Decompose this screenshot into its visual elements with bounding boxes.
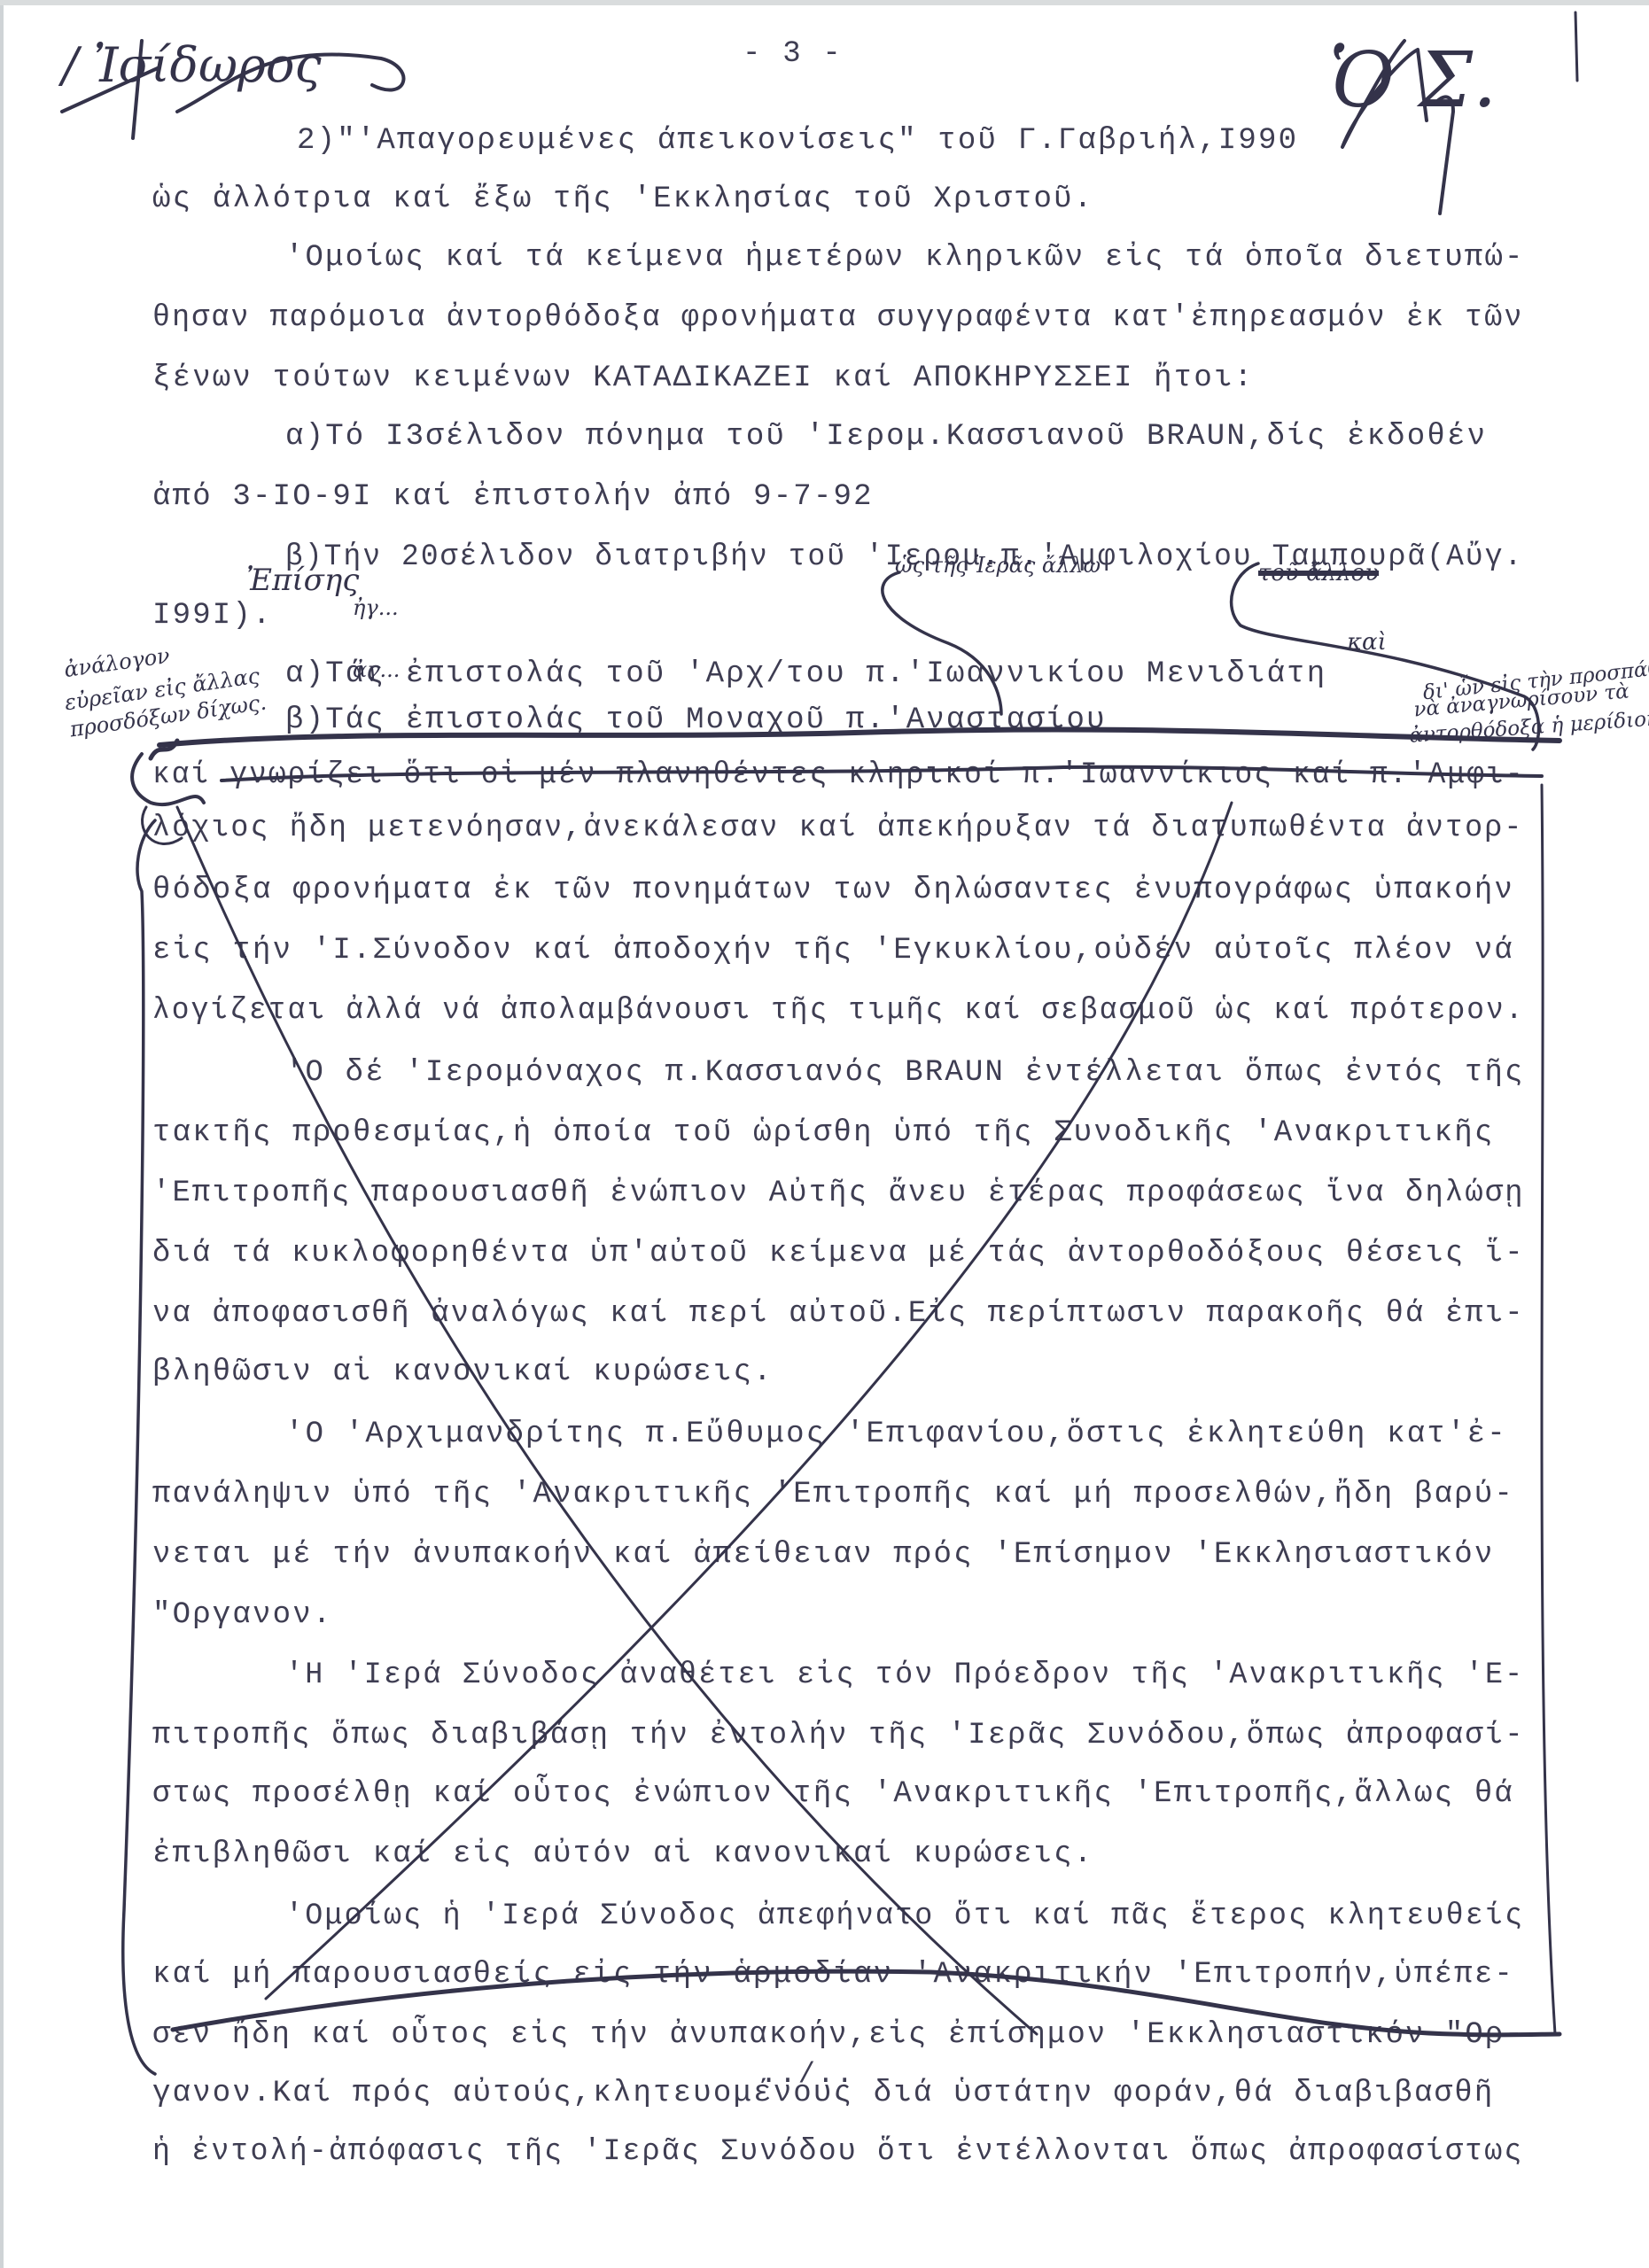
frame-right xyxy=(1542,785,1555,2034)
insertion-loop-1 xyxy=(883,572,1001,714)
text-line: ἐπιβληθῶσι καί εἰς αὐτόν αἱ κανονικαί κυ… xyxy=(152,1839,1093,1869)
handwritten-insert-above-b: ἀγ... xyxy=(353,659,400,681)
cross-out-stroke-2 xyxy=(266,803,1232,1999)
document-page: - 3 - 2)"'Απαγορευμένες άπεικονίσεις" το… xyxy=(0,0,1649,2268)
text-line: πανάληψιν ὑπό τῆς 'Ανακριτικῆς 'Επιτροπῆ… xyxy=(152,1480,1514,1510)
text-line: β)Τάς ἐπιστολάς τοῦ Μοναχοῦ π.'Αναστασίο… xyxy=(285,705,1107,735)
text-line: 2)"'Απαγορευμένες άπεικονίσεις" τοῦ Γ.Γα… xyxy=(297,126,1298,156)
text-line: λόχιος ἤδη μετενόησαν,ἀνεκάλεσαν καί ἀπε… xyxy=(152,813,1523,843)
text-line: 'Η 'Ιερά Σύνοδος ἀναθέτει εἰς τόν Πρόεδρ… xyxy=(285,1660,1524,1690)
text-line: θησαν παρόμοια ἀντορθόδοξα φρονήματα συγ… xyxy=(152,303,1523,333)
text-line: καί μή παρουσιασθείς εἰς τήν ἁρμοδίαν 'Α… xyxy=(152,1960,1514,1990)
text-line: θόδοξα φρονήματα ἐκ τῶν πονημάτων των δη… xyxy=(152,875,1514,905)
text-line: τακτῆς προθεσμίας,ἡ ὁποία τοῦ ὡρίσθη ὑπό… xyxy=(152,1118,1494,1148)
continuation-mark: ../.. xyxy=(760,2061,855,2089)
text-line: 'Επιτροπῆς παρουσιασθῆ ἐνώπιον Αὐτῆς ἄνε… xyxy=(152,1178,1525,1208)
text-line: ἡ ἐντολή-ἀπόφασις τῆς 'Ιερᾶς Συνόδου ὅτι… xyxy=(152,2137,1523,2167)
frame-left xyxy=(123,820,155,2074)
text-line: 'Ο 'Αρχιμανδρίτης π.Εὔθυμος 'Επιφανίου,ὅ… xyxy=(285,1419,1507,1449)
strike-through-line-2 xyxy=(151,741,177,758)
text-line: Ι99Ι). xyxy=(152,601,273,631)
handwritten-insert-right-a: καὶ xyxy=(1347,631,1387,655)
text-line: βληθῶσιν αἱ κανονικαί κυρώσεις. xyxy=(152,1357,774,1387)
text-line: α)Τό Ι3σέλιδον πόνημα τοῦ 'Ιερομ.Κασσιαν… xyxy=(285,422,1487,452)
handwritten-insert-episis: Ἐπίσης xyxy=(246,565,359,597)
text-line: ἀπό 3-ΙΟ-9Ι καί ἐπιστολήν ἀπό 9-7-92 xyxy=(152,482,874,512)
text-line: να ἀποφασισθῆ ἀναλόγως καί περί αὐτοῦ.Εἰ… xyxy=(152,1299,1525,1329)
text-line: πιτροπῆς ὅπως διαβιβάσῃ τήν ἐντολήν τῆς … xyxy=(152,1720,1525,1751)
text-line: 'Ο δέ 'Ιερομόναχος π.Κασσιανός BRAUN ἐντ… xyxy=(285,1058,1525,1088)
handwritten-insert-above-a: ἠγ... xyxy=(353,597,399,619)
text-line: "Οργανον. xyxy=(152,1600,332,1630)
signature-right: Ὁ Σ. xyxy=(1329,41,1497,120)
text-line: 'Ομοίως καί τά κείμενα ἡμετέρων κληρικῶν… xyxy=(285,243,1525,273)
text-line: νεται μέ τήν ἀνυπακοήν καί ἀπείθειαν πρό… xyxy=(152,1540,1494,1570)
text-line: ὡς ἀλλότρια καί ἔξω τῆς 'Εκκλησίας τοῦ Χ… xyxy=(152,184,1093,214)
text-line: ξένων τούτων κειμένων ΚΑΤΑΔΙΚΑΖΕΙ καί ΑΠ… xyxy=(152,363,1254,393)
text-line: καί γνωρίζει ὅτι οἱ μέν πλανηθέντες κληρ… xyxy=(152,760,1525,790)
text-line: διά τά κυκλοφορηθέντα ὑπ'αὐτοῦ κείμενα μ… xyxy=(152,1239,1525,1269)
text-line: λογίζεται ἀλλά νά ἀπολαμβάνουσι τῆς τιμῆ… xyxy=(152,996,1525,1026)
signature-left: / Ἰσίδωρος xyxy=(62,41,322,91)
text-line: εἰς τήν 'Ι.Σύνοδον καί ἀποδοχήν τῆς 'Εγκ… xyxy=(152,936,1514,966)
page-number: - 3 - xyxy=(743,39,843,69)
scan-edge xyxy=(0,5,4,2268)
text-line: α)Τάς ἐπιστολάς τοῦ 'Αρχ/του π.'Ιωαννικί… xyxy=(285,659,1326,689)
margin-note-line-1: ἀνάλογον xyxy=(63,645,171,682)
text-line: στως προσέλθῃ καί οὗτος ἐνώπιον τῆς 'Ανα… xyxy=(152,1779,1514,1809)
text-line: σεν ἤδη καί οὗτος εἰς τήν ἀνυπακοήν,εἰς … xyxy=(152,2020,1525,2050)
handwritten-insert-right-top: ὡς τῆς Ἱερᾶς ἄλλω xyxy=(895,555,1101,577)
text-line: 'Ομοίως ἡ 'Ιερά Σύνοδος ἀπεφήνατο ὅτι κα… xyxy=(285,1901,1524,1931)
handwritten-struck-text: τοῦ ἄλλου xyxy=(1258,562,1379,586)
